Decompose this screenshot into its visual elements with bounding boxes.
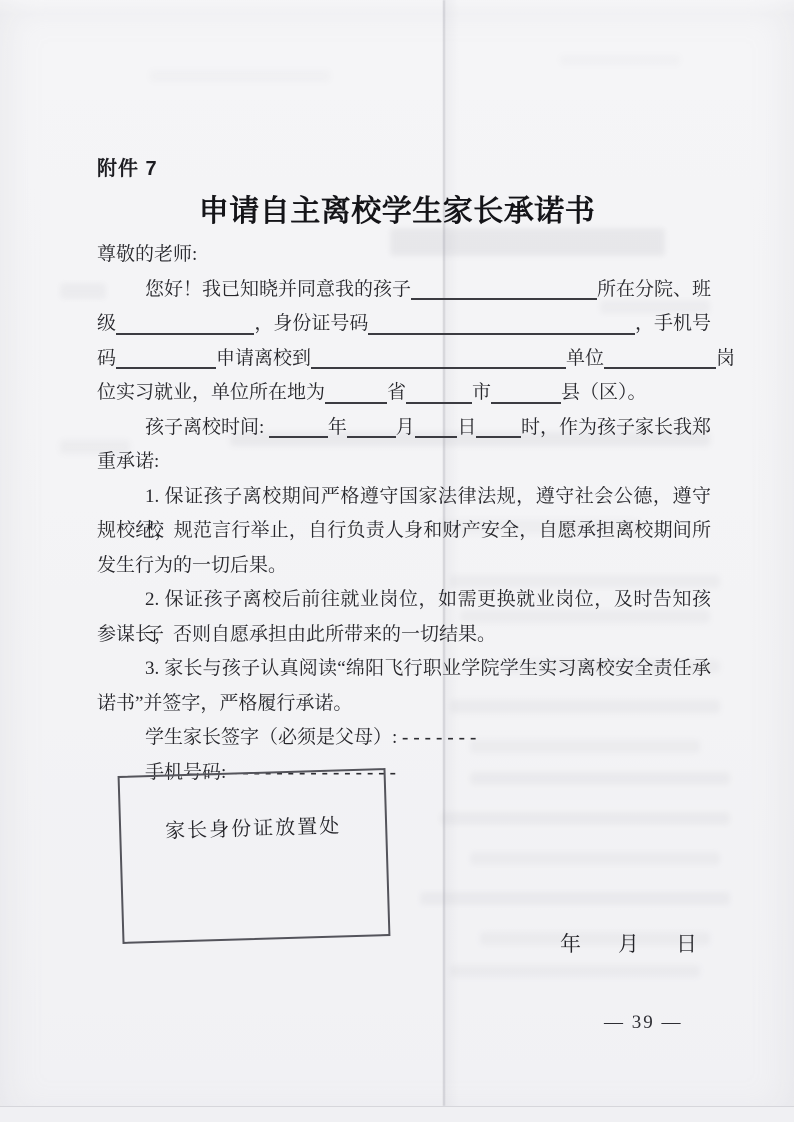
text-segment: 市 (472, 376, 491, 411)
text-segment: 所在分院、班 (597, 273, 711, 308)
document-body: 尊敬的老师:您好！我已知晓并同意我的孩子所在分院、班级，身份证号码，手机号码申请… (97, 238, 711, 790)
attachment-label: 附件 7 (97, 152, 158, 181)
body-line-intro-1: 级，身份证号码，手机号 (97, 307, 711, 342)
date-month-label: 月 (618, 928, 639, 958)
text-segment: 规校纪，规范言行举止，自行负责人身和财产安全，自愿承担离校期间所 (97, 520, 711, 541)
dash-fill-line: ------- (402, 727, 481, 748)
text-segment: ，手机号 (635, 307, 711, 342)
scan-bottom-edge (0, 1106, 794, 1122)
body-line-signature-0: 学生家长签字（必须是父母）: ------- (97, 721, 711, 756)
fill-in-blank (116, 331, 254, 335)
fill-in-blank (491, 400, 561, 404)
text-segment: 月 (396, 411, 415, 446)
bleed-through-smudge (560, 55, 680, 65)
text-segment: 参谋长，否则自愿承担由此所带来的一切结果。 (97, 624, 496, 645)
id-card-placement-label: 家长身份证放置处 (121, 808, 386, 845)
text-segment: 孩子离校时间: (145, 411, 269, 446)
page-number: — 39 — (604, 1012, 683, 1034)
text-segment: 县（区）。 (561, 376, 647, 411)
fill-in-blank (269, 434, 328, 438)
text-segment: 重承诺: (97, 451, 159, 472)
text-segment: 岗 (716, 342, 735, 377)
body-line-item-1-1: 规校纪，规范言行举止，自行负责人身和财产安全，自愿承担离校期间所 (97, 514, 711, 549)
fill-in-blank (406, 400, 472, 404)
date-day-label: 日 (676, 928, 697, 958)
body-line-item-2-1: 参谋长，否则自愿承担由此所带来的一切结果。 (97, 618, 711, 653)
fill-in-blank (325, 400, 387, 404)
body-line-salutation-0: 尊敬的老师: (97, 238, 711, 273)
fill-in-blank (415, 434, 458, 438)
body-line-intro-3: 位实习就业，单位所在地为省市县（区）。 (97, 376, 711, 411)
body-line-item-3-0: 3. 家长与孩子认真阅读“绵阳飞行职业学院学生实习离校安全责任承 (97, 652, 711, 687)
bleed-through-smudge (440, 812, 730, 825)
fill-in-blank (347, 434, 396, 438)
text-segment: 级 (97, 307, 116, 342)
body-line-leave-time-0: 孩子离校时间: 年月日时，作为孩子家长我郑 (97, 411, 711, 446)
fill-in-blank (476, 434, 521, 438)
fill-in-blank (311, 365, 566, 369)
body-line-item-2-0: 2. 保证孩子离校后前往就业岗位，如需更换就业岗位，及时告知孩子 (97, 583, 711, 618)
text-segment: 发生行为的一切后果。 (97, 555, 287, 576)
text-segment: 单位 (566, 342, 604, 377)
body-line-item-1-0: 1. 保证孩子离校期间严格遵守国家法律法规，遵守社会公德，遵守校 (97, 480, 711, 515)
text-segment: ，身份证号码 (254, 307, 368, 342)
fill-in-blank (604, 365, 716, 369)
text-segment: 码 (97, 342, 116, 377)
text-segment: 尊敬的老师: (97, 244, 197, 265)
text-segment: 诺书”并签字，严格履行承诺。 (97, 693, 352, 714)
text-segment: 省 (387, 376, 406, 411)
body-line-intro-0: 您好！我已知晓并同意我的孩子所在分院、班 (97, 273, 711, 308)
fill-in-blank (116, 365, 216, 369)
body-line-item-1-2: 发生行为的一切后果。 (97, 549, 711, 584)
scanned-page: 附件 7 申请自主离校学生家长承诺书 尊敬的老师:您好！我已知晓并同意我的孩子所… (0, 0, 794, 1122)
text-segment: 3. 家长与孩子认真阅读“绵阳飞行职业学院学生实习离校安全责任承 (145, 658, 711, 679)
date-line: 年月日 (560, 928, 697, 958)
body-line-leave-time-1: 重承诺: (97, 445, 711, 480)
text-segment: 日 (457, 411, 476, 446)
document-title: 申请自主离校学生家长承诺书 (90, 186, 704, 230)
fill-in-blank (368, 331, 635, 335)
fill-in-blank (411, 296, 597, 300)
text-segment: 申请离校到 (216, 342, 311, 377)
body-line-item-3-1: 诺书”并签字，严格履行承诺。 (97, 687, 711, 722)
text-segment: 学生家长签字（必须是父母）: (145, 727, 402, 748)
bleed-through-smudge (420, 892, 730, 905)
body-line-intro-2: 码申请离校到单位岗 (97, 342, 711, 377)
text-segment: 您好！我已知晓并同意我的孩子 (145, 273, 411, 308)
date-year-label: 年 (560, 932, 581, 956)
text-segment: 位实习就业，单位所在地为 (97, 376, 325, 411)
bleed-through-smudge (450, 965, 700, 977)
bleed-through-smudge (470, 852, 720, 865)
text-segment: 时，作为孩子家长我郑 (521, 411, 711, 446)
id-card-placement-box: 家长身份证放置处 (118, 768, 391, 944)
bleed-through-smudge (150, 70, 330, 82)
text-segment: 年 (328, 411, 347, 446)
